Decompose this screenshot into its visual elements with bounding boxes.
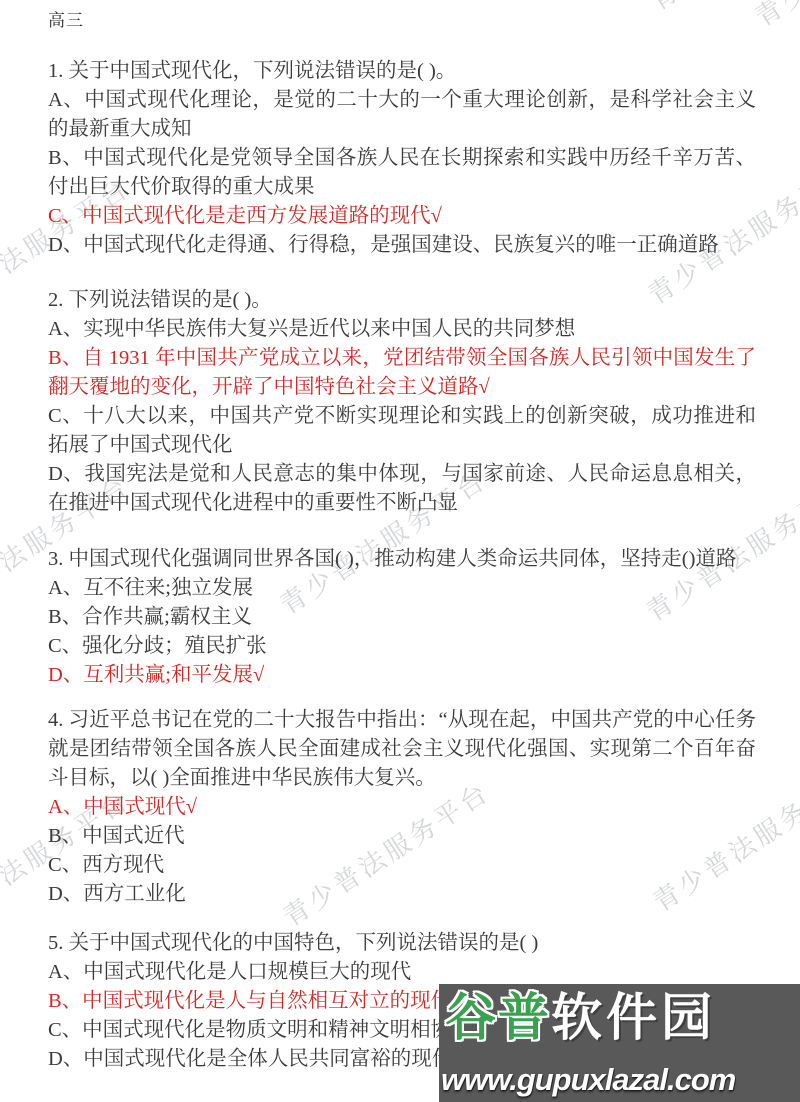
question-3-option-D-correct-answer: D、互利共赢;和平发展√ bbox=[48, 661, 756, 690]
logo-url: www.gupuxlazal.com bbox=[441, 1062, 799, 1098]
question-1-option-A: A、中国式现代化理论，是觉的二十大的一个重大理论创新，是科学社会主义的最新重大成… bbox=[48, 86, 756, 144]
question-2-heading: 2. 下列说法错误的是( )。 bbox=[48, 286, 756, 315]
question-2-option-D: D、我国宪法是觉和人民意志的集中体现，与国家前途、人民命运息息相关，在推进中国式… bbox=[48, 460, 756, 518]
question-2-option-A: A、实现中华民族伟大复兴是近代以来中国人民的共同梦想 bbox=[48, 315, 756, 344]
watermark-text: 青少普法服务平台 bbox=[642, 0, 800, 18]
document-page: 青少普法服务平台青少普法服务平台青少普法服务平台青少普法服务平台青少普法服务平台… bbox=[0, 0, 800, 1102]
question-3-heading: 3. 中国式现代化强调同世界各国( )，推动构建人类命运共同体，坚持走()道路 bbox=[48, 545, 756, 574]
question-4-option-C: C、西方现代 bbox=[48, 851, 756, 880]
question-2-option-B-correct-answer: B、自 1931 年中国共产党成立以来，党团结带领全国各族人民引领中国发生了翻天… bbox=[48, 344, 756, 402]
question-4-heading: 4. 习近平总书记在党的二十大报告中指出：“从现在起，中国共产党的中心任务就是团… bbox=[48, 706, 756, 793]
question-1-heading: 1. 关于中国式现代化，下列说法错误的是( )。 bbox=[48, 57, 756, 86]
question-5-option-A: A、中国式现代化是人口规模巨大的现代 bbox=[48, 958, 756, 987]
questions: 1. 关于中国式现代化，下列说法错误的是( )。A、中国式现代化理论，是觉的二十… bbox=[48, 57, 756, 1074]
site-logo: 谷普软件园 www.gupuxlazal.com bbox=[439, 984, 800, 1102]
question-4-option-A-correct-answer: A、中国式现代√ bbox=[48, 793, 756, 822]
question-3: 3. 中国式现代化强调同世界各国( )，推动构建人类命运共同体，坚持走()道路A… bbox=[48, 545, 756, 690]
logo-brand-rest: 软件园 bbox=[551, 989, 716, 1046]
logo-brand-green: 谷普 bbox=[445, 989, 551, 1046]
question-1: 1. 关于中国式现代化，下列说法错误的是( )。A、中国式现代化理论，是觉的二十… bbox=[48, 57, 756, 260]
question-4-option-D: D、西方工业化 bbox=[48, 880, 756, 909]
grade-label: 高三 bbox=[48, 6, 84, 31]
question-4-option-B: B、中国式近代 bbox=[48, 822, 756, 851]
question-4: 4. 习近平总书记在党的二十大报告中指出：“从现在起，中国共产党的中心任务就是团… bbox=[48, 706, 756, 909]
question-5-heading: 5. 关于中国式现代化的中国特色，下列说法错误的是( ) bbox=[48, 929, 756, 958]
watermark-text: 青少普法服务平台 bbox=[747, 0, 800, 34]
question-2: 2. 下列说法错误的是( )。A、实现中华民族伟大复兴是近代以来中国人民的共同梦… bbox=[48, 286, 756, 518]
question-2-option-C: C、十八大以来，中国共产党不断实现理论和实践上的创新突破，成功推进和拓展了中国式… bbox=[48, 402, 756, 460]
question-1-option-C-correct-answer: C、中国式现代化是走西方发展道路的现代√ bbox=[48, 202, 756, 231]
question-3-option-B: B、合作共赢;霸权主义 bbox=[48, 603, 756, 632]
question-1-option-D: D、中国式现代化走得通、行得稳，是强国建设、民族复兴的唯一正确道路 bbox=[48, 231, 756, 260]
question-3-option-C: C、强化分歧；殖民扩张 bbox=[48, 632, 756, 661]
logo-brand: 谷普软件园 bbox=[445, 990, 797, 1046]
question-3-option-A: A、互不往来;独立发展 bbox=[48, 574, 756, 603]
question-1-option-B: B、中国式现代化是党领导全国各族人民在长期探索和实践中历经千辛万苦、付出巨大代价… bbox=[48, 144, 756, 202]
